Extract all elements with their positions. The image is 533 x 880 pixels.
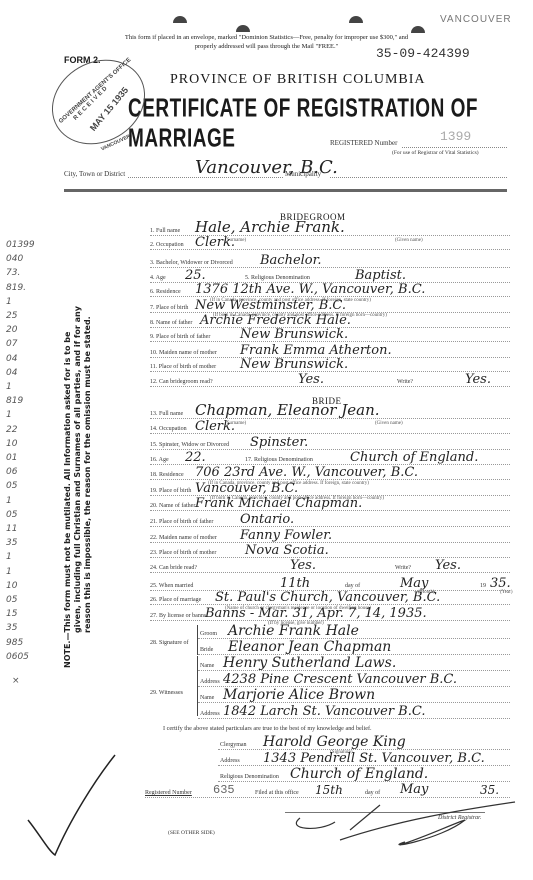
municipality-label: Municipality: [285, 170, 321, 178]
bride-mother-birthplace: Nova Scotia.: [245, 543, 329, 558]
bride-age-row: 16. Age 22. 17. Religious Denomination C…: [150, 450, 510, 465]
top-right-stamp: VANCOUVER: [440, 14, 512, 25]
bride-birthplace-row: 19. Place of birth Vancouver, B.C.: [150, 481, 510, 496]
groom-father-name: Archie Frederick Hale.: [200, 313, 351, 328]
groom-occupation-row: 2. Occupation Clerk.: [150, 235, 510, 250]
bride-signature-row: Bride Eleanor Jean Chapman: [198, 640, 510, 655]
bride-father-birthplace: Ontario.: [240, 512, 294, 527]
license-banns-value: Banns - Mar. 31, Apr. 7, 14, 1935.: [205, 606, 427, 621]
punch-hole-2: [236, 25, 250, 32]
groom-full-name-row: 1. Full name Hale, Archie Frank.: [150, 221, 510, 236]
groom-mother-maiden-name: Frank Emma Atherton.: [240, 343, 392, 358]
groom-father-birthplace: New Brunswick.: [240, 327, 348, 342]
marriage-month: May: [400, 576, 428, 591]
clergyman-signature: Harold George King: [263, 734, 406, 750]
bride-literacy-row: 24. Can bride read? Yes. Write? Yes.: [150, 558, 510, 573]
registrar-signature-scrawl: [280, 790, 530, 850]
see-other-side-note: (SEE OTHER SIDE): [168, 830, 215, 836]
bride-occupation-row: 14. Occupation Clerk.: [150, 419, 510, 434]
bride-mother-maiden-name: Fanny Fowler.: [240, 528, 332, 543]
witness-1-name-row: Name Henry Sutherland Laws.: [198, 656, 510, 671]
bride-residence-row: 18. Residence 706 23rd Ave. W., Vancouve…: [150, 465, 510, 480]
registered-number-value: 1399: [440, 129, 471, 144]
marriage-year: 35.: [490, 576, 511, 591]
bride-can-write: Yes.: [435, 558, 461, 573]
bride-status: Spinster.: [250, 435, 308, 450]
witness-1-name: Henry Sutherland Laws.: [223, 655, 396, 671]
punch-hole-3: [349, 16, 363, 23]
clergyman-address: 1343 Pendrell St. Vancouver, B.C.: [263, 751, 485, 766]
bride-full-name-row: 13. Full name Chapman, Eleanor Jean.: [150, 404, 510, 419]
license-banns-row: 27. By license or banns Banns - Mar. 31,…: [150, 606, 510, 621]
groom-literacy-row: 12. Can bridegroom read? Yes. Write? Yes…: [150, 372, 510, 387]
municipality-line: [330, 177, 507, 178]
bride-age: 22.: [185, 450, 206, 465]
bride-father-birthplace-row: 21. Place of birth of father Ontario.: [150, 512, 510, 527]
header-divider: [64, 189, 507, 192]
marriage-place: St. Paul's Church, Vancouver, B.C.: [215, 590, 440, 605]
clergyman-address-row: Address 1343 Pendrell St. Vancouver, B.C…: [218, 751, 510, 766]
marriage-day: 11th: [280, 576, 310, 591]
groom-can-read: Yes.: [298, 372, 324, 387]
groom-mother-birthplace-row: 11. Place of birth of mother New Brunswi…: [150, 357, 510, 372]
groom-can-write: Yes.: [465, 372, 491, 387]
groom-religion: Baptist.: [355, 268, 406, 283]
bride-mother-row: 22. Maiden name of mother Fanny Fowler.: [150, 528, 510, 543]
groom-residence: 1376 12th Ave. W., Vancouver, B.C.: [195, 282, 425, 297]
bride-birthplace: Vancouver, B.C.: [195, 481, 298, 496]
bride-father-row: 20. Name of father Frank Michael Chapman…: [150, 496, 510, 511]
margin-numbers: 0139904073.819. 1252007 04041819 12210 0…: [6, 238, 46, 688]
groom-age-row: 4. Age 25. 5. Religious Denomination Bap…: [150, 268, 510, 283]
groom-signature: Archie Frank Hale: [228, 623, 359, 639]
witness-2-name: Marjorie Alice Brown: [223, 687, 375, 703]
when-married-row: 25. When married 11th day of May 19 35.: [150, 576, 510, 591]
groom-residence-row: 6. Residence 1376 12th Ave. W., Vancouve…: [150, 282, 510, 297]
registered-number-line: [402, 147, 507, 148]
registered-number-label: REGISTERED Number: [330, 139, 397, 147]
groom-status: Bachelor.: [260, 253, 322, 268]
groom-father-birthplace-row: 9. Place of birth of father New Brunswic…: [150, 327, 510, 342]
punch-hole-4: [411, 26, 425, 33]
certification-statement: I certify the above stated particulars a…: [163, 725, 372, 732]
witness-2-address-row: Address 1842 Larch St. Vancouver B.C.: [198, 704, 510, 719]
witness-2-name-row: Name Marjorie Alice Brown: [198, 688, 510, 703]
bride-father-name: Frank Michael Chapman.: [195, 496, 362, 511]
witness-1-address: 4238 Pine Crescent Vancouver B.C.: [223, 672, 457, 687]
groom-status-row: 3. Bachelor, Widower or Divorced Bachelo…: [150, 253, 510, 268]
punch-hole-1: [173, 16, 187, 23]
bride-can-read: Yes.: [290, 558, 316, 573]
place-of-marriage-row: 26. Place of marriage St. Paul's Church,…: [150, 590, 510, 605]
witness-2-address: 1842 Larch St. Vancouver B.C.: [223, 704, 425, 719]
bride-status-row: 15. Spinster, Widow or Divorced Spinster…: [150, 435, 510, 450]
checkmark-icon: [20, 750, 120, 860]
bride-residence: 706 23rd Ave. W., Vancouver, B.C.: [195, 465, 418, 480]
witness-1-address-row: Address 4238 Pine Crescent Vancouver B.C…: [198, 672, 510, 687]
filed-registered-number: 635: [213, 783, 235, 797]
bride-full-name: Chapman, Eleanor Jean.: [195, 401, 380, 419]
bride-mother-birthplace-row: 23. Place of birth of mother Nova Scotia…: [150, 543, 510, 558]
groom-occupation: Clerk.: [195, 235, 235, 250]
bride-religion: Church of England.: [350, 450, 478, 465]
witnesses-label: 29. Witnesses: [150, 690, 183, 696]
groom-full-name: Hale, Archie Frank.: [195, 218, 345, 236]
province-heading: PROVINCE OF BRITISH COLUMBIA: [170, 72, 426, 88]
bride-occupation: Clerk.: [195, 419, 235, 434]
groom-age: 25.: [185, 268, 206, 283]
mail-notice-line1: This form if placed in an envelope, mark…: [0, 34, 533, 41]
clergyman-denomination-row: Religious Denomination Church of England…: [218, 767, 510, 782]
bride-signature: Eleanor Jean Chapman: [228, 639, 391, 655]
signature-label: 28. Signature of: [150, 640, 189, 646]
groom-father-row: 8. Name of father Archie Frederick Hale.: [150, 313, 510, 328]
groom-birthplace-row: 7. Place of birth New Westminster, B.C.: [150, 298, 510, 313]
registrar-label: District Registrar.: [438, 815, 481, 821]
clergyman-row: Clergyman Harold George King: [218, 735, 510, 750]
groom-signature-row: Groom Archie Frank Hale: [198, 624, 510, 639]
groom-mother-row: 10. Maiden name of mother Frank Emma Ath…: [150, 343, 510, 358]
serial-number: 35-09-424399: [376, 46, 470, 61]
groom-mother-birthplace: New Brunswick.: [240, 357, 348, 372]
groom-birthplace: New Westminster, B.C.: [195, 298, 346, 313]
side-note: NOTE.—This form must not be mutilated. A…: [63, 306, 93, 668]
registrar-note: (For use of Registrar of Vital Statistic…: [392, 150, 479, 156]
city-label: City, Town or District: [64, 170, 125, 178]
clergyman-denomination: Church of England.: [290, 766, 428, 782]
